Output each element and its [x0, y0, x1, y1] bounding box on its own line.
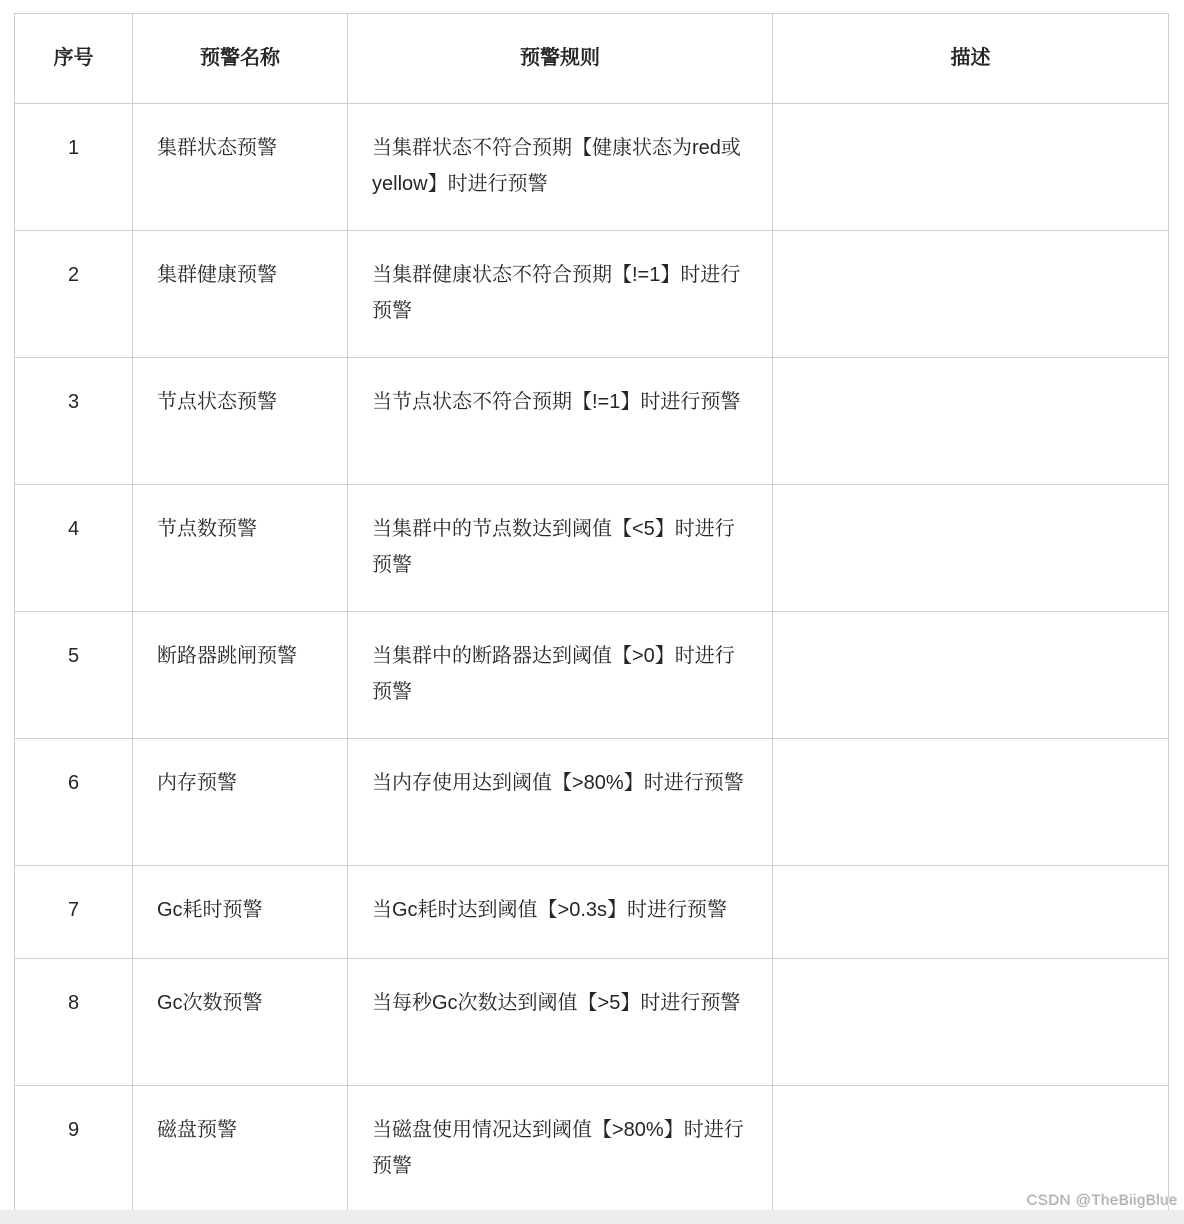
header-alert-rule: 预警规则 [348, 14, 773, 104]
alert-name: Gc耗时预警 [133, 866, 348, 959]
csdn-watermark: CSDN @TheBiigBlue [1027, 1192, 1178, 1209]
alert-description [773, 739, 1169, 866]
alert-name: Gc次数预警 [133, 959, 348, 1086]
row-index: 9 [15, 1086, 133, 1213]
alert-description [773, 612, 1169, 739]
alert-rule: 当集群中的节点数达到阈值【<5】时进行预警 [348, 485, 773, 612]
page: 序号 预警名称 预警规则 描述 1 集群状态预警 当集群状态不符合预期【健康状态… [0, 0, 1184, 1224]
alert-name: 节点状态预警 [133, 358, 348, 485]
table-row: 8 Gc次数预警 当每秒Gc次数达到阈值【>5】时进行预警 [15, 959, 1169, 1086]
alert-name: 磁盘预警 [133, 1086, 348, 1213]
alert-rule: 当集群健康状态不符合预期【!=1】时进行预警 [348, 231, 773, 358]
alert-description [773, 358, 1169, 485]
table-row: 1 集群状态预警 当集群状态不符合预期【健康状态为red或yellow】时进行预… [15, 104, 1169, 231]
alert-rule: 当内存使用达到阈值【>80%】时进行预警 [348, 739, 773, 866]
row-index: 2 [15, 231, 133, 358]
row-index: 3 [15, 358, 133, 485]
row-index: 5 [15, 612, 133, 739]
table-row: 4 节点数预警 当集群中的节点数达到阈值【<5】时进行预警 [15, 485, 1169, 612]
table-header-row: 序号 预警名称 预警规则 描述 [15, 14, 1169, 104]
row-index: 4 [15, 485, 133, 612]
alert-description [773, 104, 1169, 231]
alert-description [773, 485, 1169, 612]
alert-rules-table: 序号 预警名称 预警规则 描述 1 集群状态预警 当集群状态不符合预期【健康状态… [14, 13, 1169, 1213]
alert-name: 断路器跳闸预警 [133, 612, 348, 739]
alert-rule: 当磁盘使用情况达到阈值【>80%】时进行预警 [348, 1086, 773, 1213]
alert-rule: 当集群状态不符合预期【健康状态为red或yellow】时进行预警 [348, 104, 773, 231]
alert-description [773, 866, 1169, 959]
alert-rule: 当每秒Gc次数达到阈值【>5】时进行预警 [348, 959, 773, 1086]
table-row: 3 节点状态预警 当节点状态不符合预期【!=1】时进行预警 [15, 358, 1169, 485]
alert-name: 内存预警 [133, 739, 348, 866]
alert-rule: 当集群中的断路器达到阈值【>0】时进行预警 [348, 612, 773, 739]
row-index: 1 [15, 104, 133, 231]
header-alert-name: 预警名称 [133, 14, 348, 104]
alert-name: 节点数预警 [133, 485, 348, 612]
table-row: 6 内存预警 当内存使用达到阈值【>80%】时进行预警 [15, 739, 1169, 866]
table-row: 2 集群健康预警 当集群健康状态不符合预期【!=1】时进行预警 [15, 231, 1169, 358]
row-index: 7 [15, 866, 133, 959]
bottom-edge-band [0, 1210, 1184, 1224]
header-index: 序号 [15, 14, 133, 104]
alert-name: 集群健康预警 [133, 231, 348, 358]
alert-description [773, 231, 1169, 358]
header-description: 描述 [773, 14, 1169, 104]
table-row: 9 磁盘预警 当磁盘使用情况达到阈值【>80%】时进行预警 [15, 1086, 1169, 1213]
alert-name: 集群状态预警 [133, 104, 348, 231]
alert-rule: 当Gc耗时达到阈值【>0.3s】时进行预警 [348, 866, 773, 959]
alert-description [773, 959, 1169, 1086]
table-row: 5 断路器跳闸预警 当集群中的断路器达到阈值【>0】时进行预警 [15, 612, 1169, 739]
table-row: 7 Gc耗时预警 当Gc耗时达到阈值【>0.3s】时进行预警 [15, 866, 1169, 959]
row-index: 6 [15, 739, 133, 866]
alert-rule: 当节点状态不符合预期【!=1】时进行预警 [348, 358, 773, 485]
row-index: 8 [15, 959, 133, 1086]
table-body: 1 集群状态预警 当集群状态不符合预期【健康状态为red或yellow】时进行预… [15, 104, 1169, 1213]
